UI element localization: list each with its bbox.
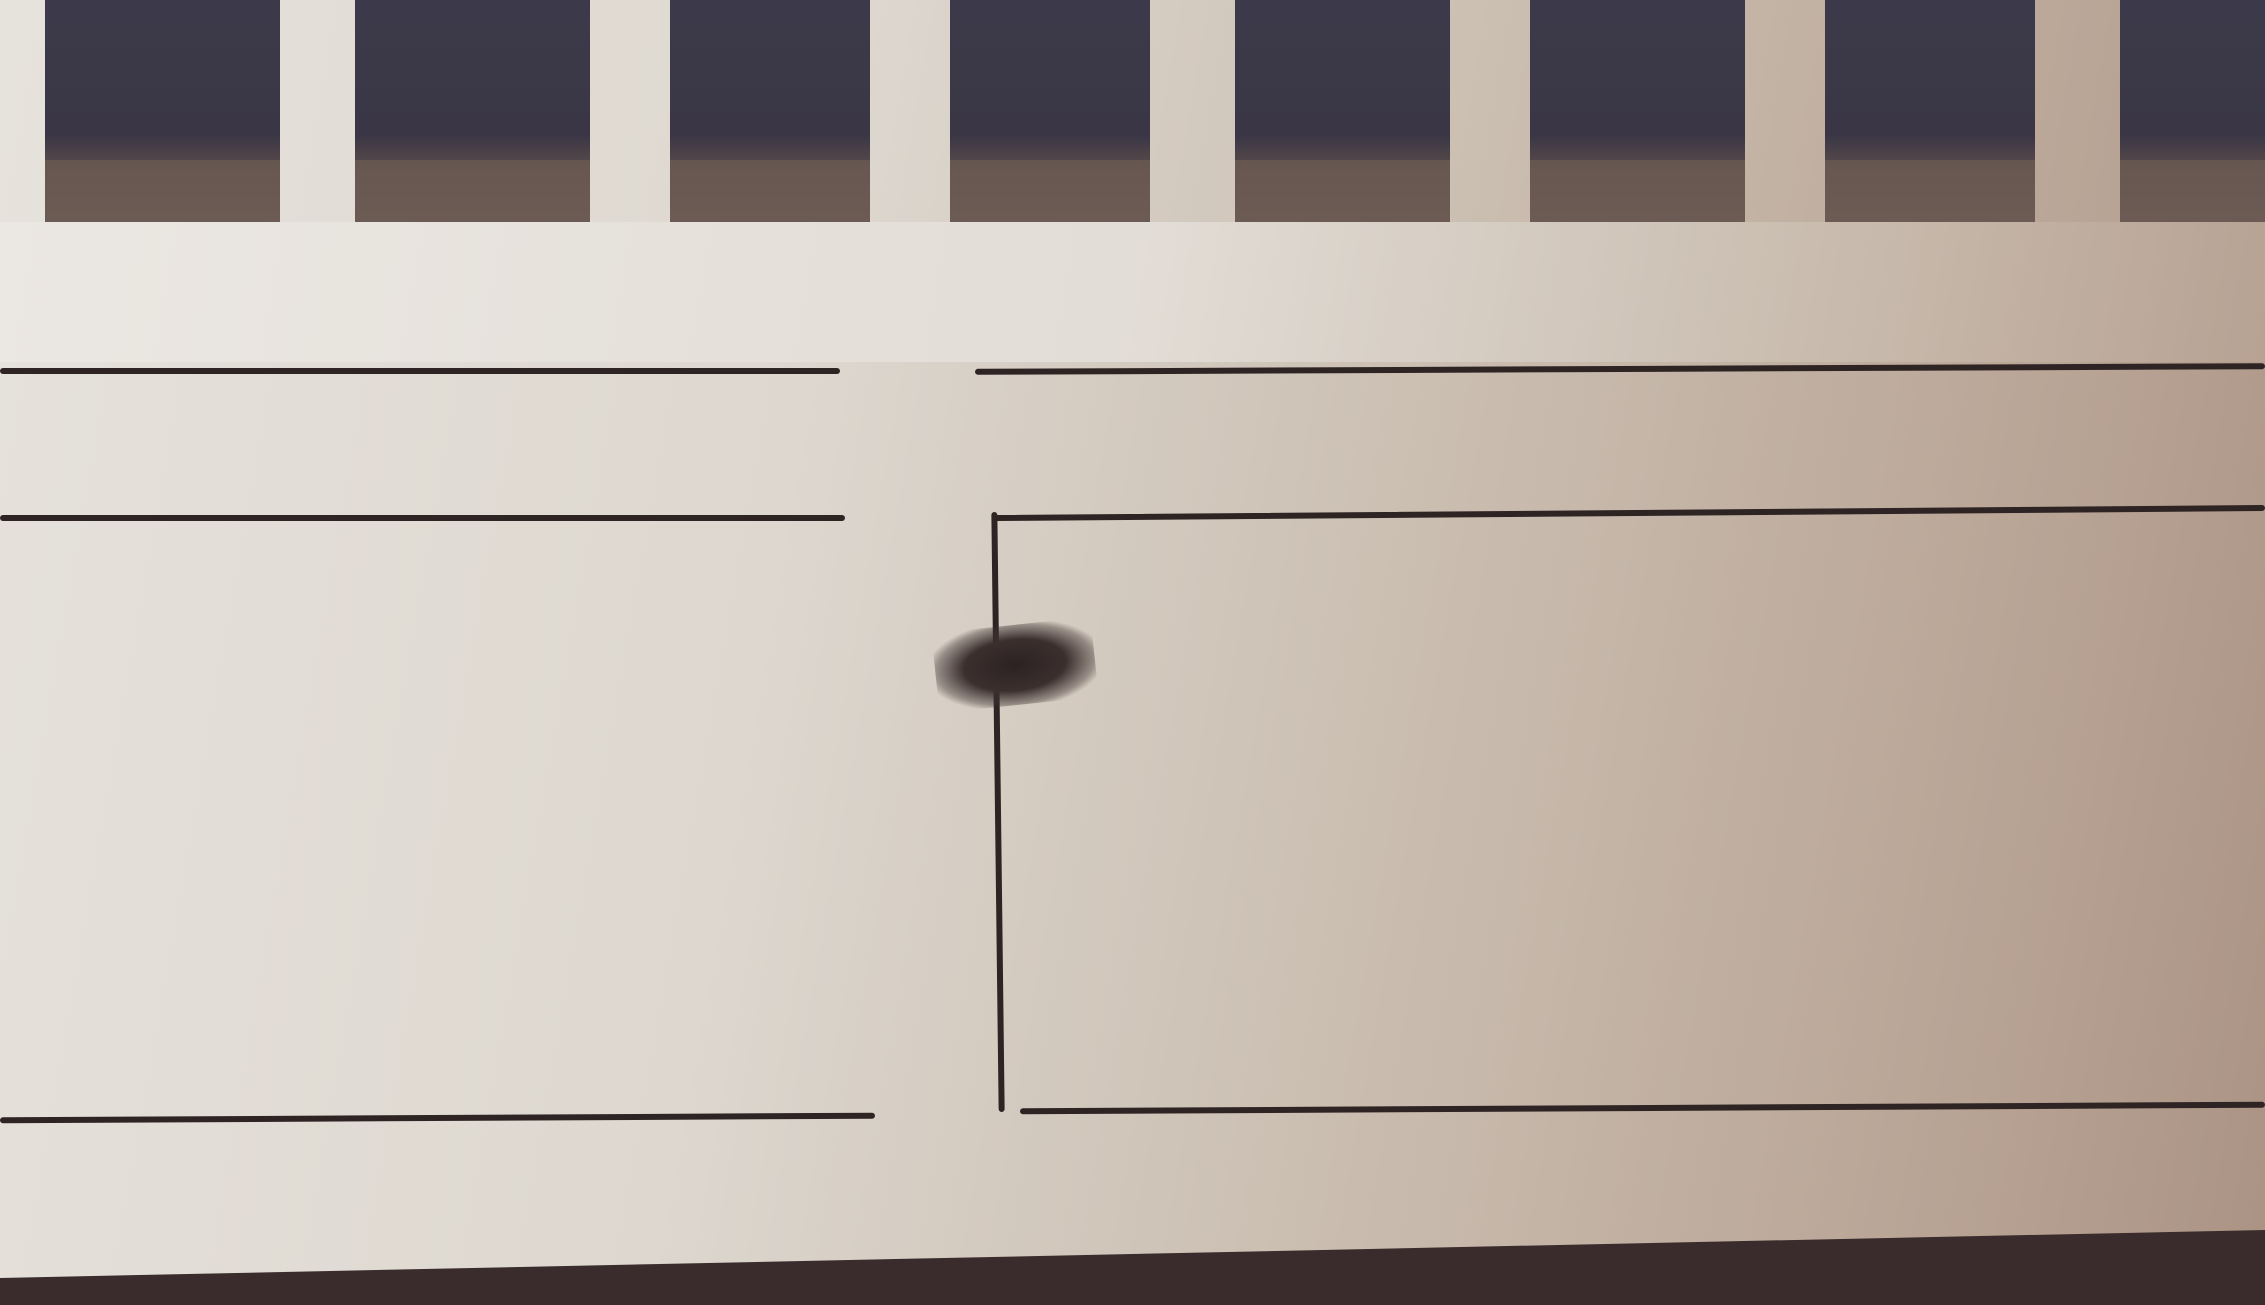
top-rail [0,222,2265,362]
panel-left-edge [991,512,1004,1112]
left-door-panel [0,515,878,1120]
panel-bottom-edge [0,1113,875,1124]
spindle-gap [1530,0,1745,225]
rail-groove [0,368,840,374]
spindle-gap [45,0,280,225]
panel-top-edge [0,515,845,521]
spindle-gap [2120,0,2265,225]
spindle-gap [1235,0,1450,225]
bench-photo [0,0,2265,1305]
spindle-gap [355,0,590,225]
spindle-gap [950,0,1150,225]
spindle-gap [670,0,870,225]
rail-groove [975,363,2265,375]
panel-top-edge [995,505,2265,521]
right-door-panel [995,500,2265,1120]
keyhole-latch-icon [931,617,1098,713]
spindle-gap [1825,0,2035,225]
spindle-row [0,0,2265,230]
floor-shadow [0,1230,2265,1305]
panel-bottom-edge [1020,1102,2265,1115]
